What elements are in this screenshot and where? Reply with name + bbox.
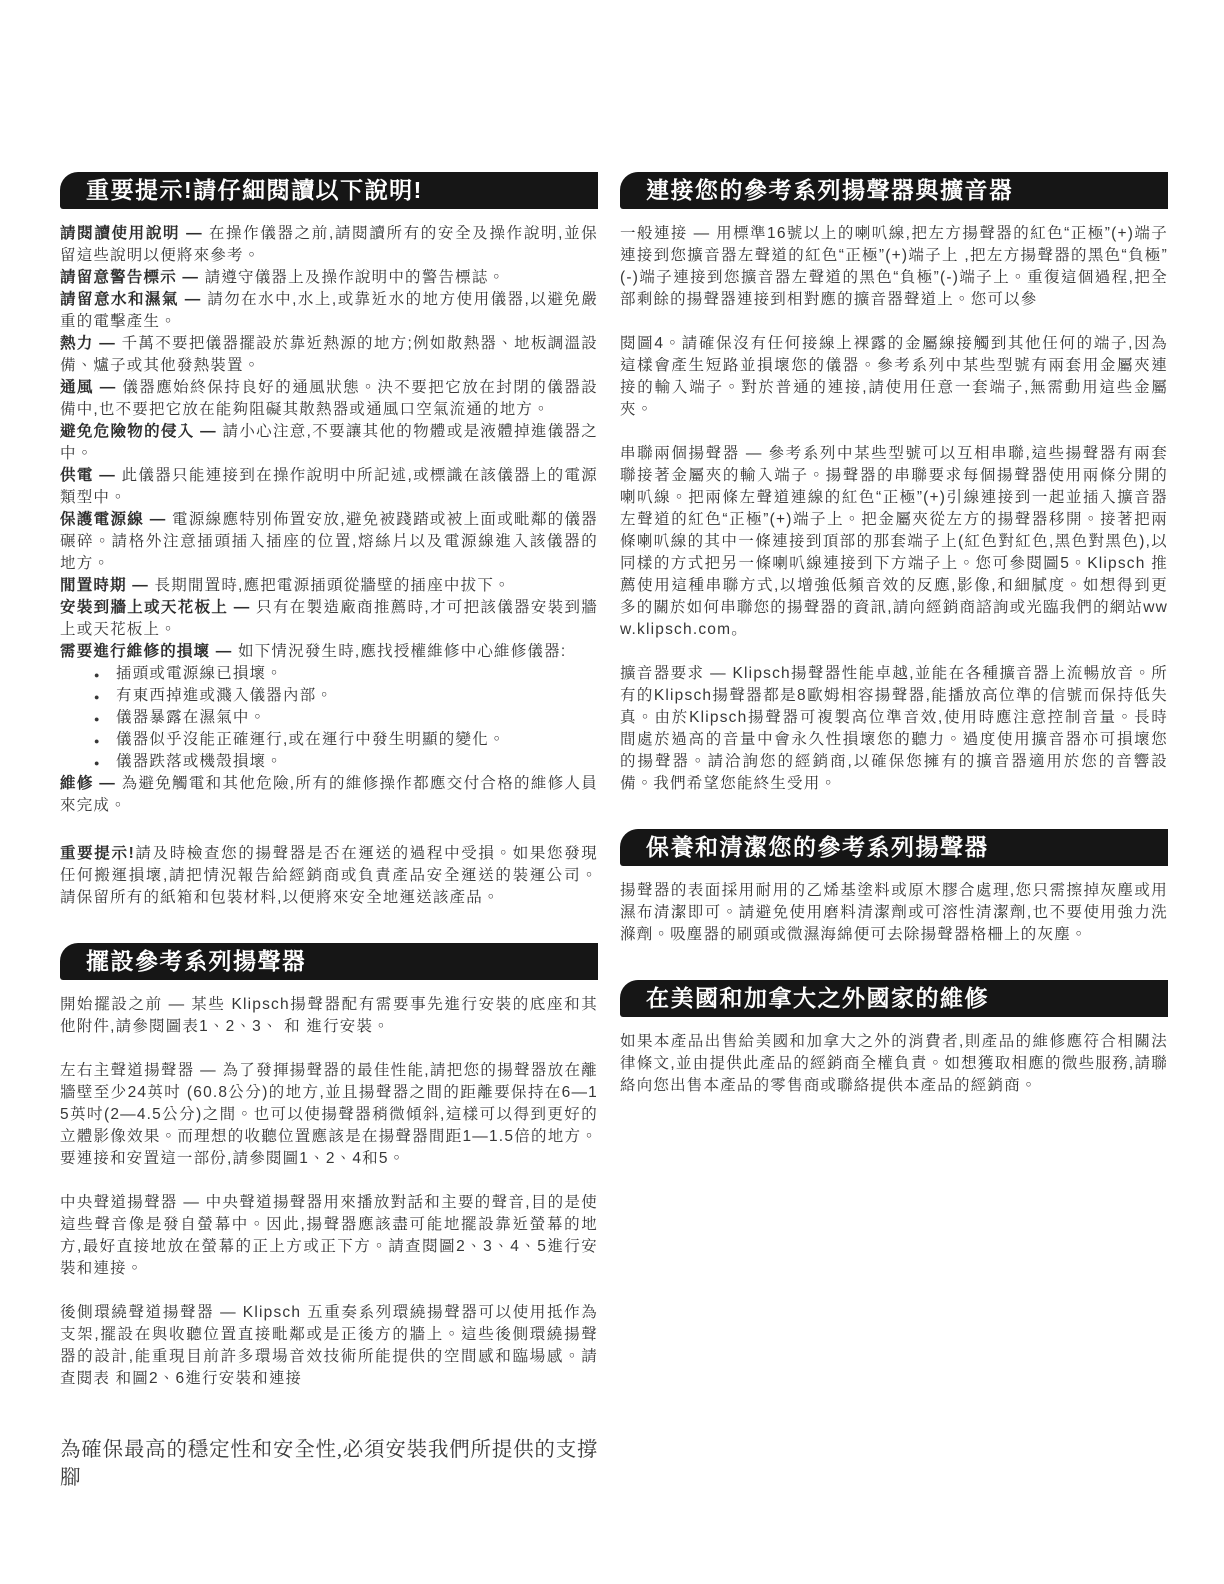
left-column: 重要提示!請仔細閱讀以下說明! 請閱讀使用說明 — 在操作儀器之前,請閱讀所有的… (60, 172, 598, 1492)
list-item: 插頭或電源線已損壞。 (60, 663, 598, 685)
safety-item: 避免危險物的侵入 — 請小心注意,不要讓其他的物體或是液體掉進儀器之中。 (60, 421, 598, 465)
safety-item-lead: 保護電源線 — (60, 511, 172, 528)
list-item: 儀器似乎沒能正確運行,或在運行中發生明顯的變化。 (60, 729, 598, 751)
section-header-connecting-speakers: 連接您的參考系列揚聲器與擴音器 (620, 172, 1168, 209)
safety-item: 閒置時期 — 長期閒置時,應把電源插頭從牆壁的插座中拔下。 (60, 575, 598, 597)
paragraph-general-connection-cont: 閱圖4。請確保沒有任何接線上裸露的金屬線接觸到其他任何的端子,因為這樣會產生短路… (620, 333, 1168, 421)
section-header-care-cleaning: 保養和清潔您的參考系列揚聲器 (620, 829, 1168, 866)
safety-item: 請留意警告標示 — 請遵守儀器上及操作說明中的警告標誌。 (60, 267, 598, 289)
safety-item-lead: 需要進行維修的損壞 — (60, 643, 238, 660)
paragraph-amplifier-requirements: 擴音器要求 — Klipsch揚聲器性能卓越,並能在各種擴音器上流暢放音。所有的… (620, 663, 1168, 795)
section-header-placing-speakers: 擺設參考系列揚聲器 (60, 943, 598, 980)
list-item: 儀器跌落或機殼損壞。 (60, 751, 598, 773)
two-column-layout: 重要提示!請仔細閱讀以下說明! 請閱讀使用說明 — 在操作儀器之前,請閱讀所有的… (60, 172, 1168, 1492)
paragraph-general-connection: 一般連接 — 用標準16號以上的喇叭線,把左方揚聲器的紅色“正極”(+)端子連接… (620, 223, 1168, 311)
notice-lead: 重要提示! (60, 845, 135, 862)
safety-item: 通風 — 儀器應始終保持良好的通風狀態。決不要把它放在封閉的儀器設備中,也不要把… (60, 377, 598, 421)
safety-item-lead: 請留意水和濕氣 — (60, 291, 207, 308)
section-header-important-notice: 重要提示!請仔細閱讀以下說明! (60, 172, 598, 209)
safety-item-lead: 請留意警告標示 — (60, 269, 205, 286)
list-item: 有東西掉進或濺入儀器內部。 (60, 685, 598, 707)
manual-page: 重要提示!請仔細閱讀以下說明! 請閱讀使用說明 — 在操作儀器之前,請閱讀所有的… (0, 0, 1224, 1492)
safety-item-lead: 閒置時期 — (60, 577, 155, 594)
safety-item-lead: 避免危險物的侵入 — (60, 423, 223, 440)
safety-item: 需要進行維修的損壞 — 如下情況發生時,應找授權維修中心維修儀器: (60, 641, 598, 663)
paragraph-surround-speakers: 後側環繞聲道揚聲器 — Klipsch 五重奏系列環繞揚聲器可以使用抵作為支架,… (60, 1302, 598, 1390)
safety-item-repair: 維修 — 為避免觸電和其他危險,所有的維修操作都應交付合格的維修人員來完成。 (60, 773, 598, 817)
safety-item: 請留意水和濕氣 — 請勿在水中,水上,或靠近水的地方使用儀器,以避免嚴重的電擊產… (60, 289, 598, 333)
safety-item: 請閱讀使用說明 — 在操作儀器之前,請閱讀所有的安全及操作說明,並保留這些說明以… (60, 223, 598, 267)
paragraph-series-connection: 串聯兩個揚聲器 — 參考系列中某些型號可以互相串聯,這些揚聲器有兩套聯接著金屬夾… (620, 443, 1168, 641)
right-column: 連接您的參考系列揚聲器與擴音器 一般連接 — 用標準16號以上的喇叭線,把左方揚… (620, 172, 1168, 1097)
paragraph-before-setup: 開始擺設之前 — 某些 Klipsch揚聲器配有需要事先進行安裝的底座和其他附件… (60, 994, 598, 1038)
list-item: 儀器暴露在濕氣中。 (60, 707, 598, 729)
stability-footnote: 為確保最高的穩定性和安全性,必須安裝我們所提供的支撐腳 (60, 1436, 598, 1492)
paragraph-care-cleaning: 揚聲器的表面採用耐用的乙烯基塗料或原木膠合處理,您只需擦掉灰塵或用濕布清潔即可。… (620, 880, 1168, 946)
shipping-damage-notice: 重要提示!請及時檢查您的揚聲器是否在運送的過程中受損。如果您發現任何搬運損壞,請… (60, 843, 598, 909)
safety-item-lead: 請閱讀使用說明 — (60, 225, 209, 242)
safety-item-lead: 供電 — (60, 467, 122, 484)
section-header-service-outside-us-canada: 在美國和加拿大之外國家的維修 (620, 980, 1168, 1017)
damage-conditions-list: 插頭或電源線已損壞。 有東西掉進或濺入儀器內部。 儀器暴露在濕氣中。 儀器似乎沒… (60, 663, 598, 773)
safety-item-lead: 通風 — (60, 379, 122, 396)
safety-item: 保護電源線 — 電源線應特別佈置安放,避免被踐踏或被上面或毗鄰的儀器碾碎。請格外… (60, 509, 598, 575)
safety-item: 熱力 — 千萬不要把儀器擺設於靠近熱源的地方;例如散熱器、地板調溫設備、爐子或其… (60, 333, 598, 377)
paragraph-center-channel-speaker: 中央聲道揚聲器 — 中央聲道揚聲器用來播放對話和主要的聲音,目的是使這些聲音像是… (60, 1192, 598, 1280)
safety-item: 安裝到牆上或天花板上 — 只有在製造廠商推薦時,才可把該儀器安裝到牆上或天花板上… (60, 597, 598, 641)
paragraph-main-channel-speakers: 左右主聲道揚聲器 — 為了發揮揚聲器的最佳性能,請把您的揚聲器放在離牆壁至少24… (60, 1060, 598, 1170)
paragraph-service-outside-us-canada: 如果本產品出售給美國和加拿大之外的消費者,則產品的維修應符合相關法律條文,並由提… (620, 1031, 1168, 1097)
safety-item-lead: 安裝到牆上或天花板上 — (60, 599, 256, 616)
safety-item: 供電 — 此儀器只能連接到在操作說明中所記述,或標識在該儀器上的電源類型中。 (60, 465, 598, 509)
safety-item-lead: 熱力 — (60, 335, 122, 352)
safety-item-lead: 維修 — (60, 775, 122, 792)
